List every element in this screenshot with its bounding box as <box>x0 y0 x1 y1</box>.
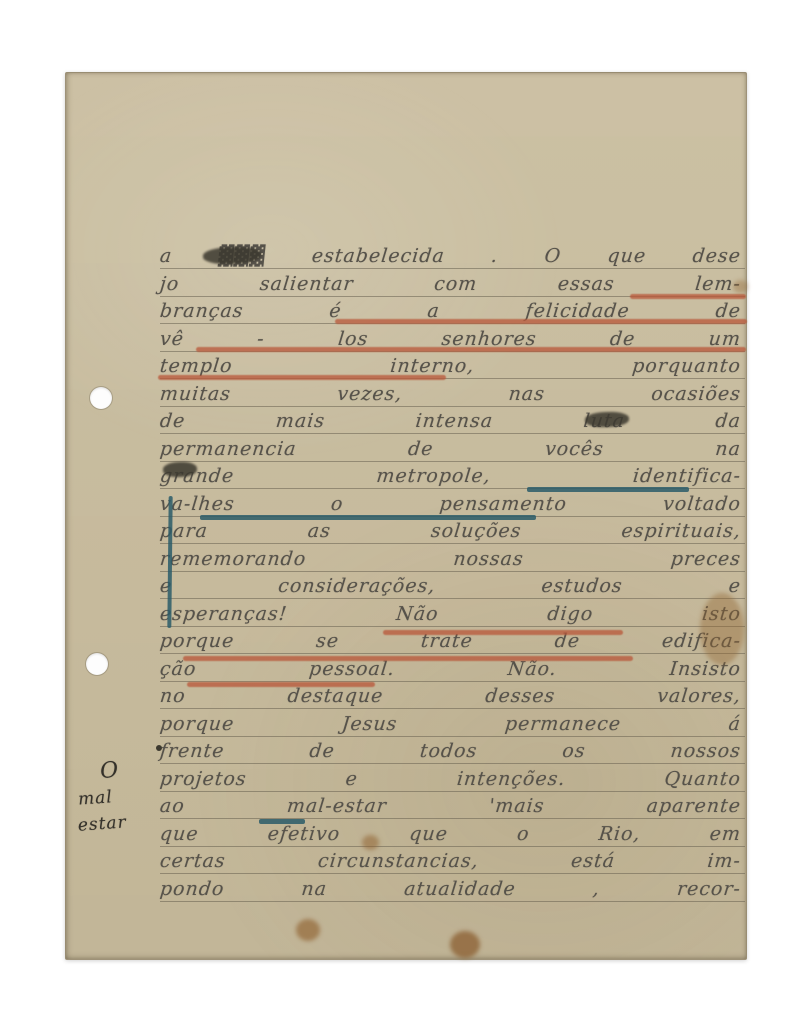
handwriting-line: para as soluções espirituais, <box>159 517 743 545</box>
blue-underline <box>259 819 305 824</box>
stain <box>450 931 480 958</box>
handwriting-line: va-lhes o pensamento voltado <box>159 490 743 518</box>
handwriting-line: grande metropole, identifica- <box>159 462 743 490</box>
red-underline <box>187 682 375 687</box>
margin-note-line: estar <box>77 807 159 839</box>
handwriting-line: pondo na atualidade , recor- <box>159 875 743 903</box>
handwriting-line: e considerações, estudos e <box>159 572 743 600</box>
red-underline <box>196 347 746 352</box>
stain <box>700 593 744 665</box>
stain <box>733 280 748 293</box>
stain <box>296 919 320 941</box>
blue-underline <box>200 515 536 520</box>
red-underline <box>183 656 633 661</box>
margin-note-line: O <box>99 755 155 785</box>
red-underline <box>335 319 747 324</box>
punch-hole <box>86 653 108 675</box>
handwriting-line: que efetivo que o Rio, em <box>159 820 743 848</box>
handwriting-line: ao mal-estar 'mais aparente <box>159 792 743 820</box>
red-underline <box>158 375 446 380</box>
margin-note: O mal estar <box>73 755 158 838</box>
red-underline <box>630 294 746 299</box>
pencil-dot <box>156 745 162 751</box>
handwriting-line: esperanças! Não digo isto <box>159 600 743 628</box>
scanned-document: a ▓▓▓ estabelecida . O que desejo salien… <box>0 0 809 1024</box>
handwriting-line: porque Jesus permanece á <box>159 710 743 738</box>
stain <box>362 835 379 850</box>
handwriting-line: frente de todos os nossos <box>159 737 743 765</box>
red-underline <box>383 630 623 635</box>
blue-underline <box>527 487 689 492</box>
handwriting-line: projetos e intenções. Quanto <box>159 765 743 793</box>
handwriting-line: rememorando nossas preces <box>159 545 743 573</box>
handwriting-line: de mais intensa luta da <box>159 407 743 435</box>
handwriting-line: permanencia de vocês na <box>159 435 743 463</box>
handwriting-line: muitas vezes, nas ocasiões <box>159 380 743 408</box>
handwriting-line: certas circunstancias, está im- <box>159 847 743 875</box>
punch-hole <box>90 387 112 409</box>
